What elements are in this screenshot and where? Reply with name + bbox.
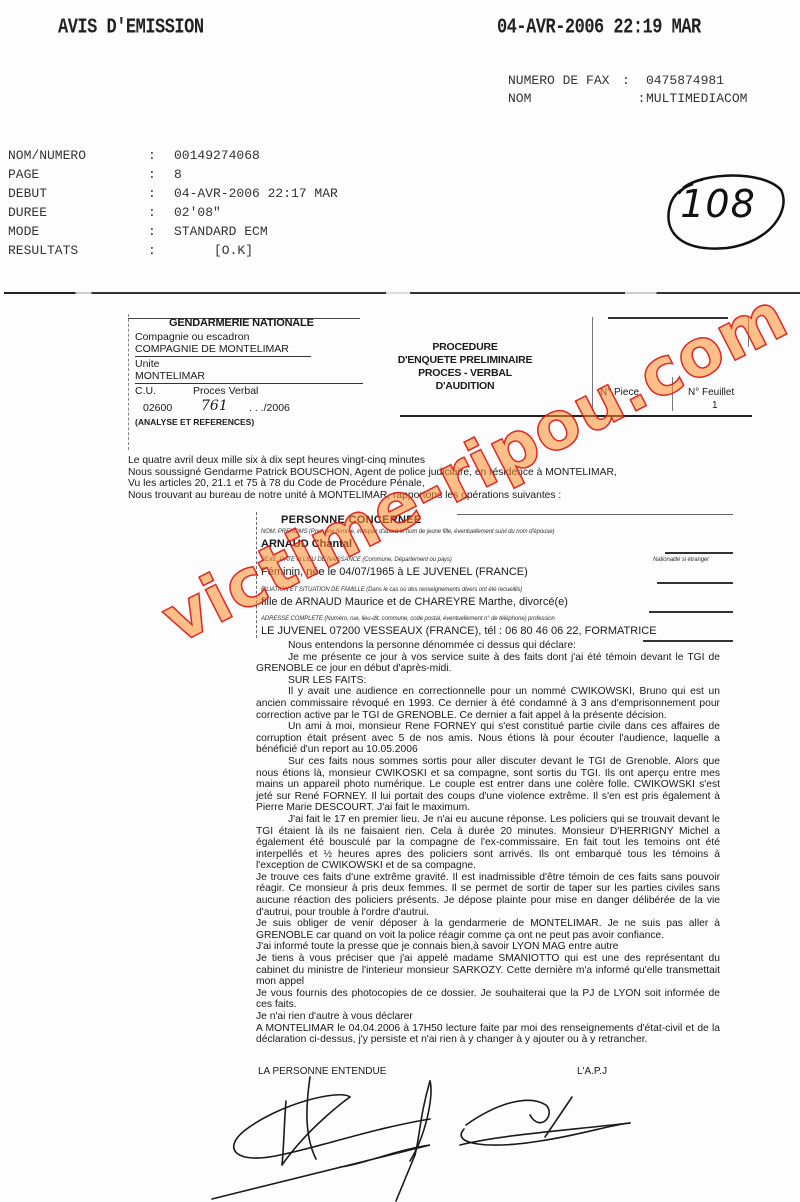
rule [135, 356, 311, 357]
declaration-paragraph: Je suis obliger de venir déposer à la ge… [256, 918, 720, 941]
transmission-row: PAGE:8 [8, 167, 338, 186]
declaration-paragraph: Nous entendons la personne dénommée ci d… [256, 640, 720, 652]
declaration-text: Nous entendons la personne dénommée ci d… [256, 640, 720, 1046]
transmission-row: DUREE:02'08" [8, 205, 338, 224]
pv-year: . . ./2006 [249, 402, 290, 414]
nationality-field-label: Nationalité si étranger [653, 557, 709, 563]
separator: : [148, 205, 174, 220]
declaration-paragraph: A MONTELIMAR le 04.04.2006 à 17H50 lectu… [256, 1023, 720, 1046]
row-key: MODE [8, 224, 148, 239]
row-key: DEBUT [8, 186, 148, 201]
procedure-line: D'AUDITION [395, 380, 535, 393]
rule [657, 582, 733, 584]
company-name: COMPAGNIE DE MONTELIMAR [135, 343, 289, 355]
row-key: PAGE [8, 167, 148, 182]
row-value: 02'08" [174, 205, 221, 220]
pv-number-handwritten: 761 [201, 398, 228, 414]
rule [457, 514, 733, 515]
transmission-row: DEBUT:04-AVR-2006 22:17 MAR [8, 186, 338, 205]
separator: : [148, 148, 174, 163]
address-field-label: ADRESSE COMPLETE (Numéro, rue, lieu-dit,… [261, 616, 555, 622]
signatures [200, 1075, 640, 1202]
declaration-paragraph: Je tiens à vous préciser que j'ai appelé… [256, 953, 720, 988]
procedure-title: PROCEDURE D'ENQUETE PRELIMINAIRE PROCES … [395, 341, 535, 393]
unit-name: MONTELIMAR [135, 370, 205, 382]
handwritten-signature-icon [200, 1075, 640, 1202]
declaration-paragraph: Je trouve ces faits d'une extrême gravit… [256, 872, 720, 918]
row-key: RESULTATS [8, 243, 148, 258]
pv-label: Proces Verbal [193, 385, 258, 397]
procedure-line: PROCES - VERBAL [395, 367, 535, 380]
row-value: 00149274068 [174, 148, 260, 163]
fax-divider [4, 292, 800, 294]
declaration-paragraph: Il y avait une audience en correctionnel… [256, 686, 720, 721]
row-key: NOM/NUMERO [8, 148, 148, 163]
rule [649, 611, 733, 613]
transmission-row: MODE:STANDARD ECM [8, 224, 338, 243]
cu-value: 02600 [143, 402, 172, 414]
person-family: fille de ARNAUD Maurice et de CHAREYRE M… [261, 596, 568, 608]
row-value: 8 [174, 167, 182, 182]
row-value: [O.K] [174, 243, 253, 258]
transmission-report: NOM/NUMERO:00149274068 PAGE:8 DEBUT:04-A… [8, 148, 338, 262]
declaration-paragraph: Je vous fournis des photocopies de ce do… [256, 988, 720, 1011]
separator: : [622, 91, 646, 106]
declaration-paragraph: Un ami à moi, monsieur Rene FORNEY qui s… [256, 721, 720, 756]
gendarmerie-block: GENDARMERIE NATIONALE Compagnie ou escad… [128, 314, 363, 450]
separator: : [622, 73, 646, 88]
handwritten-number: 108 [663, 182, 773, 226]
transmission-row: RESULTATS:[O.K] [8, 243, 338, 262]
row-key: DUREE [8, 205, 148, 220]
fax-name-label: NOM [508, 91, 622, 106]
rule [665, 552, 733, 554]
unit-label: Unite [135, 358, 160, 370]
analysis-label: (ANALYSE ET REFERENCES) [135, 417, 254, 427]
handwritten-page-number: 108 [663, 170, 787, 252]
fax-report-title: AVIS D'EMISSION [58, 16, 204, 40]
procedure-line: D'ENQUETE PRELIMINAIRE [395, 354, 535, 367]
company-label: Compagnie ou escadron [135, 331, 249, 343]
person-address: LE JUVENEL 07200 VESSEAUX (FRANCE), tél … [261, 625, 657, 637]
gendarmerie-title: GENDARMERIE NATIONALE [169, 317, 314, 329]
declaration-paragraph: Je n'ai rien d'autre à vous déclarer [256, 1011, 720, 1023]
fax-name-row: NOM :MULTIMEDIACOM [508, 91, 747, 106]
separator: : [148, 167, 174, 182]
separator: : [148, 243, 174, 258]
fax-timestamp: 04-AVR-2006 22:19 MAR [497, 16, 701, 40]
declaration-paragraph: Sur ces faits nous sommes sortis pour al… [256, 756, 720, 814]
separator: : [148, 224, 174, 239]
rule [135, 383, 363, 384]
fax-number-label: NUMERO DE FAX [508, 73, 622, 88]
declaration-paragraph: J'ai fait le 17 en premier lieu. Je n'ai… [256, 814, 720, 872]
fax-number-value: 0475874981 [646, 73, 724, 88]
row-value: 04-AVR-2006 22:17 MAR [174, 186, 338, 201]
row-value: STANDARD ECM [174, 224, 268, 239]
declaration-paragraph: SUR LES FAITS: [256, 675, 720, 687]
declaration-paragraph: J'ai informé toute la presse que je conn… [256, 941, 720, 953]
transmission-row: NOM/NUMERO:00149274068 [8, 148, 338, 167]
cu-label: C.U. [135, 385, 156, 397]
procedure-line: PROCEDURE [395, 341, 535, 354]
fax-name-value: MULTIMEDIACOM [646, 91, 747, 106]
separator: : [148, 186, 174, 201]
feuillet-value: 1 [712, 400, 718, 411]
pv-year-value: 2006 [267, 402, 290, 414]
fax-number-row: NUMERO DE FAX:0475874981 [508, 73, 724, 88]
declaration-paragraph: Je me présente ce jour à vos service sui… [256, 652, 720, 675]
